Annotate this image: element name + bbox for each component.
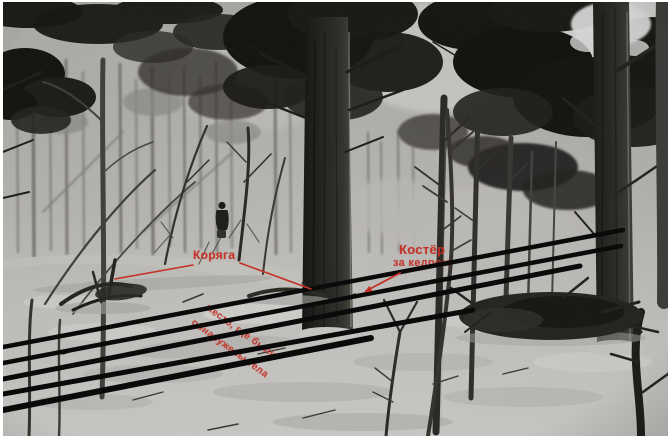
black-strike-line <box>3 246 621 363</box>
black-strike-line <box>3 310 473 394</box>
photo-surface: Коряга Костёр за кедром место, где были … <box>3 2 668 436</box>
black-strike-lines <box>3 230 623 410</box>
red-pointer-lines <box>115 263 400 293</box>
annotated-photograph: Коряга Костёр за кедром место, где были … <box>0 0 671 441</box>
annotation-overlay <box>3 2 668 436</box>
koryaga-pointer-right <box>240 263 311 289</box>
black-strike-line <box>3 338 371 410</box>
black-strike-line <box>3 230 623 347</box>
black-strike-line <box>3 266 580 379</box>
koryaga-pointer-left <box>115 265 193 279</box>
